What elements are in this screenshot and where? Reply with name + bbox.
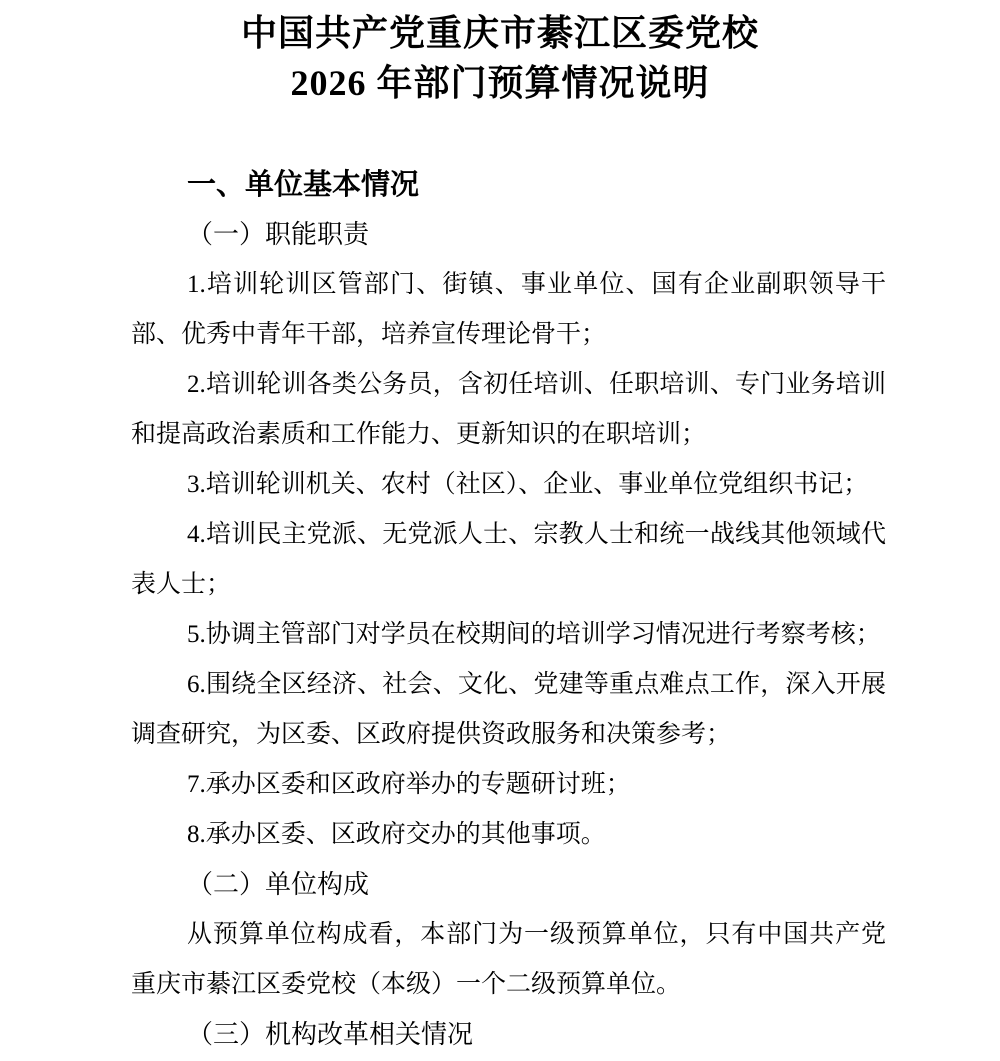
- document-title: 中国共产党重庆市綦江区委党校 2026 年部门预算情况说明: [0, 0, 1000, 108]
- duty-item-8: 8.承办区委、区政府交办的其他事项。: [131, 810, 886, 860]
- duty-item-4: 4.培训民主党派、无党派人士、宗教人士和统一战线其他领域代表人士；: [131, 510, 886, 610]
- subsection-heading-composition: （二）单位构成: [131, 860, 886, 910]
- document-title-line-2: 2026 年部门预算情况说明: [0, 58, 1000, 108]
- duty-item-1: 1.培训轮训区管部门、街镇、事业单位、国有企业副职领导干部、优秀中青年干部，培养…: [131, 260, 886, 360]
- duty-item-3: 3.培训轮训机关、农村（社区）、企业、事业单位党组织书记；: [131, 460, 886, 510]
- subsection-heading-duties: （一）职能职责: [131, 210, 886, 260]
- duty-item-5: 5.协调主管部门对学员在校期间的培训学习情况进行考察考核；: [131, 610, 886, 660]
- document-body: 一、单位基本情况 （一）职能职责 1.培训轮训区管部门、街镇、事业单位、国有企业…: [131, 160, 886, 1060]
- section-heading-basic-info: 一、单位基本情况: [131, 160, 886, 210]
- document-title-line-1: 中国共产党重庆市綦江区委党校: [0, 8, 1000, 58]
- document-page: 中国共产党重庆市綦江区委党校 2026 年部门预算情况说明 一、单位基本情况 （…: [0, 0, 1000, 1061]
- composition-paragraph: 从预算单位构成看，本部门为一级预算单位，只有中国共产党重庆市綦江区委党校（本级）…: [131, 910, 886, 1010]
- duty-item-6: 6.围绕全区经济、社会、文化、党建等重点难点工作，深入开展调查研究，为区委、区政…: [131, 660, 886, 760]
- duty-item-2: 2.培训轮训各类公务员，含初任培训、任职培训、专门业务培训和提高政治素质和工作能…: [131, 360, 886, 460]
- duty-item-7: 7.承办区委和区政府举办的专题研讨班；: [131, 760, 886, 810]
- subsection-heading-reform: （三）机构改革相关情况: [131, 1010, 886, 1060]
